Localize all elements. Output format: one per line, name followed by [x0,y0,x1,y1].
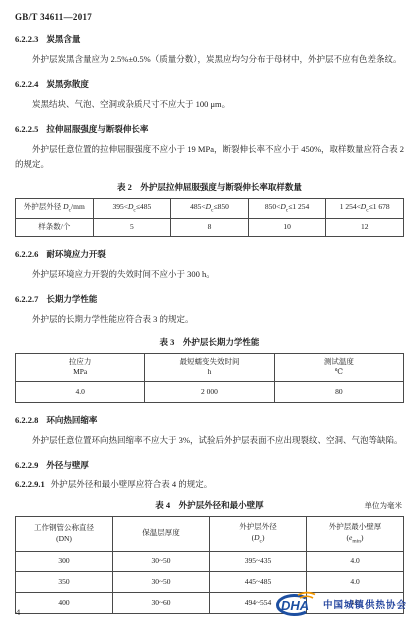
table-cell: 850<Dc≤1 254 [248,198,326,218]
table-cell: 350 [16,572,113,593]
table-cell: 485<Dc≤850 [171,198,249,218]
clause-number: 6.2.2.9.1 [15,479,45,489]
table-cell: 445~485 [210,572,307,593]
table-header-cell: 拉应力MPa [16,353,145,382]
clause-heading-6227: 6.2.2.7长期力学性能 [15,293,404,305]
clause-body-6228: 外护层任意位置环向热回缩率不应大于 3%，试验后外护层表面不应出现裂纹、空洞、气… [15,433,404,448]
table-cell: 12 [326,218,404,236]
clause-heading-6226: 6.2.2.6耐环境应力开裂 [15,248,404,260]
clause-title: 环向热回缩率 [46,415,97,425]
table-cell: 4.0 [307,551,404,572]
table3-long-term-mechanical: 拉应力MPa 最短蠕变失效时间h 测试温度℃ 4.0 2 000 80 [15,353,404,404]
clause-heading-6224: 6.2.2.4炭黑弥散度 [15,78,404,90]
clause-number: 6.2.2.7 [15,294,38,304]
cdha-logo-icon: DHA [268,591,320,617]
table-row: 300 30~50 395~435 4.0 [16,551,404,572]
table2-row-header-diameter: 外护层外径 Dc/mm [16,198,94,218]
table-header-cell: 最短蠕变失效时间h [145,353,274,382]
table4-caption-row: 表 4 外护层外径和最小壁厚 单位为毫米 [15,499,404,511]
table2-caption: 表 2 外护层拉伸屈服强度与断裂伸长率取样数量 [117,181,302,193]
clause-body: 外护层外径和最小壁厚应符合表 4 的规定。 [51,479,213,489]
table-cell: 4.0 [307,572,404,593]
table-cell: 10 [248,218,326,236]
table-row: 样条数/个 5 8 10 12 [16,218,404,236]
clause-heading-6225: 6.2.2.5拉伸屈服强度与断裂伸长率 [15,123,404,135]
table-header-cell: 外护层外径(Dc) [210,517,307,551]
table-header-cell: 外护层最小壁厚(emin) [307,517,404,551]
table3-caption-row: 表 3 外护层长期力学性能 [15,336,404,348]
table-cell: 8 [171,218,249,236]
table-cell: 80 [274,382,403,403]
clause-body-6226: 外护层环境应力开裂的失效时间不应小于 300 h。 [15,267,404,282]
table2-row-header-samples: 样条数/个 [16,218,94,236]
clause-body-6225: 外护层任意位置的拉伸屈服强度不应小于 19 MPa，断裂伸长率不应小于 450%… [15,142,404,172]
table2-sampling-quantity: 外护层外径 Dc/mm 395<Dc≤485 485<Dc≤850 850<Dc… [15,198,404,237]
table-cell: 1 254<Dc≤1 678 [326,198,404,218]
logo-organization-name: 中国城镇供热协会 [323,597,407,611]
table-cell: 395<Dc≤485 [93,198,171,218]
svg-text:DHA: DHA [281,598,309,613]
table3-caption: 表 3 外护层长期力学性能 [160,336,260,348]
table-header-cell: 保温层厚度 [113,517,210,551]
table2-caption-row: 表 2 外护层拉伸屈服强度与断裂伸长率取样数量 [15,181,404,193]
table-row: 外护层外径 Dc/mm 395<Dc≤485 485<Dc≤850 850<Dc… [16,198,404,218]
table-header-cell: 测试温度℃ [274,353,403,382]
table-header-row: 拉应力MPa 最短蠕变失效时间h 测试温度℃ [16,353,404,382]
page-footer: 4 DHA 中国城镇供热协会 [0,591,419,617]
clause-heading-6229: 6.2.2.9外径与壁厚 [15,459,404,471]
clause-number: 6.2.2.6 [15,249,38,259]
table-cell: 2 000 [145,382,274,403]
table-cell: 300 [16,551,113,572]
page-number: 4 [16,607,20,617]
clause-body-6227: 外护层的长期力学性能应符合表 3 的规定。 [15,312,404,327]
table-header-cell: 工作钢管公称直径(DN) [16,517,113,551]
clause-title: 拉伸屈服强度与断裂伸长率 [46,124,148,134]
clause-number: 6.2.2.3 [15,34,38,44]
table-cell: 30~50 [113,551,210,572]
clause-title: 炭黑弥散度 [46,79,89,89]
table-cell: 5 [93,218,171,236]
document-page: GB/T 34611—2017 6.2.2.3炭黑含量 外护层炭黑含量应为 2.… [0,0,419,623]
clause-number: 6.2.2.8 [15,415,38,425]
clause-title: 耐环境应力开裂 [46,249,106,259]
clause-title: 外径与壁厚 [46,460,89,470]
clause-title: 长期力学性能 [46,294,97,304]
clause-heading-6223: 6.2.2.3炭黑含量 [15,33,404,45]
clause-title: 炭黑含量 [46,34,80,44]
clause-number: 6.2.2.5 [15,124,38,134]
table4-caption: 表 4 外护层外径和最小壁厚 [155,499,263,511]
table-header-row: 工作钢管公称直径(DN) 保温层厚度 外护层外径(Dc) 外护层最小壁厚(emi… [16,517,404,551]
table-cell: 395~435 [210,551,307,572]
clause-body-6224: 炭黑结块、气泡、空洞或杂质尺寸不应大于 100 μm。 [15,97,404,112]
standard-number-header: GB/T 34611—2017 [15,12,404,22]
table-row: 350 30~50 445~485 4.0 [16,572,404,593]
clause-6229-1: 6.2.2.9.1外护层外径和最小壁厚应符合表 4 的规定。 [15,478,404,490]
table-cell: 4.0 [16,382,145,403]
table-cell: 30~50 [113,572,210,593]
clause-number: 6.2.2.4 [15,79,38,89]
clause-heading-6228: 6.2.2.8环向热回缩率 [15,414,404,426]
cdha-logo: DHA 中国城镇供热协会 [268,591,407,617]
table-row: 4.0 2 000 80 [16,382,404,403]
table4-unit-note: 单位为毫米 [365,500,403,511]
clause-body-6223: 外护层炭黑含量应为 2.5%±0.5%（质量分数），炭黑应均匀分布于母材中，外护… [15,52,404,67]
clause-number: 6.2.2.9 [15,460,38,470]
